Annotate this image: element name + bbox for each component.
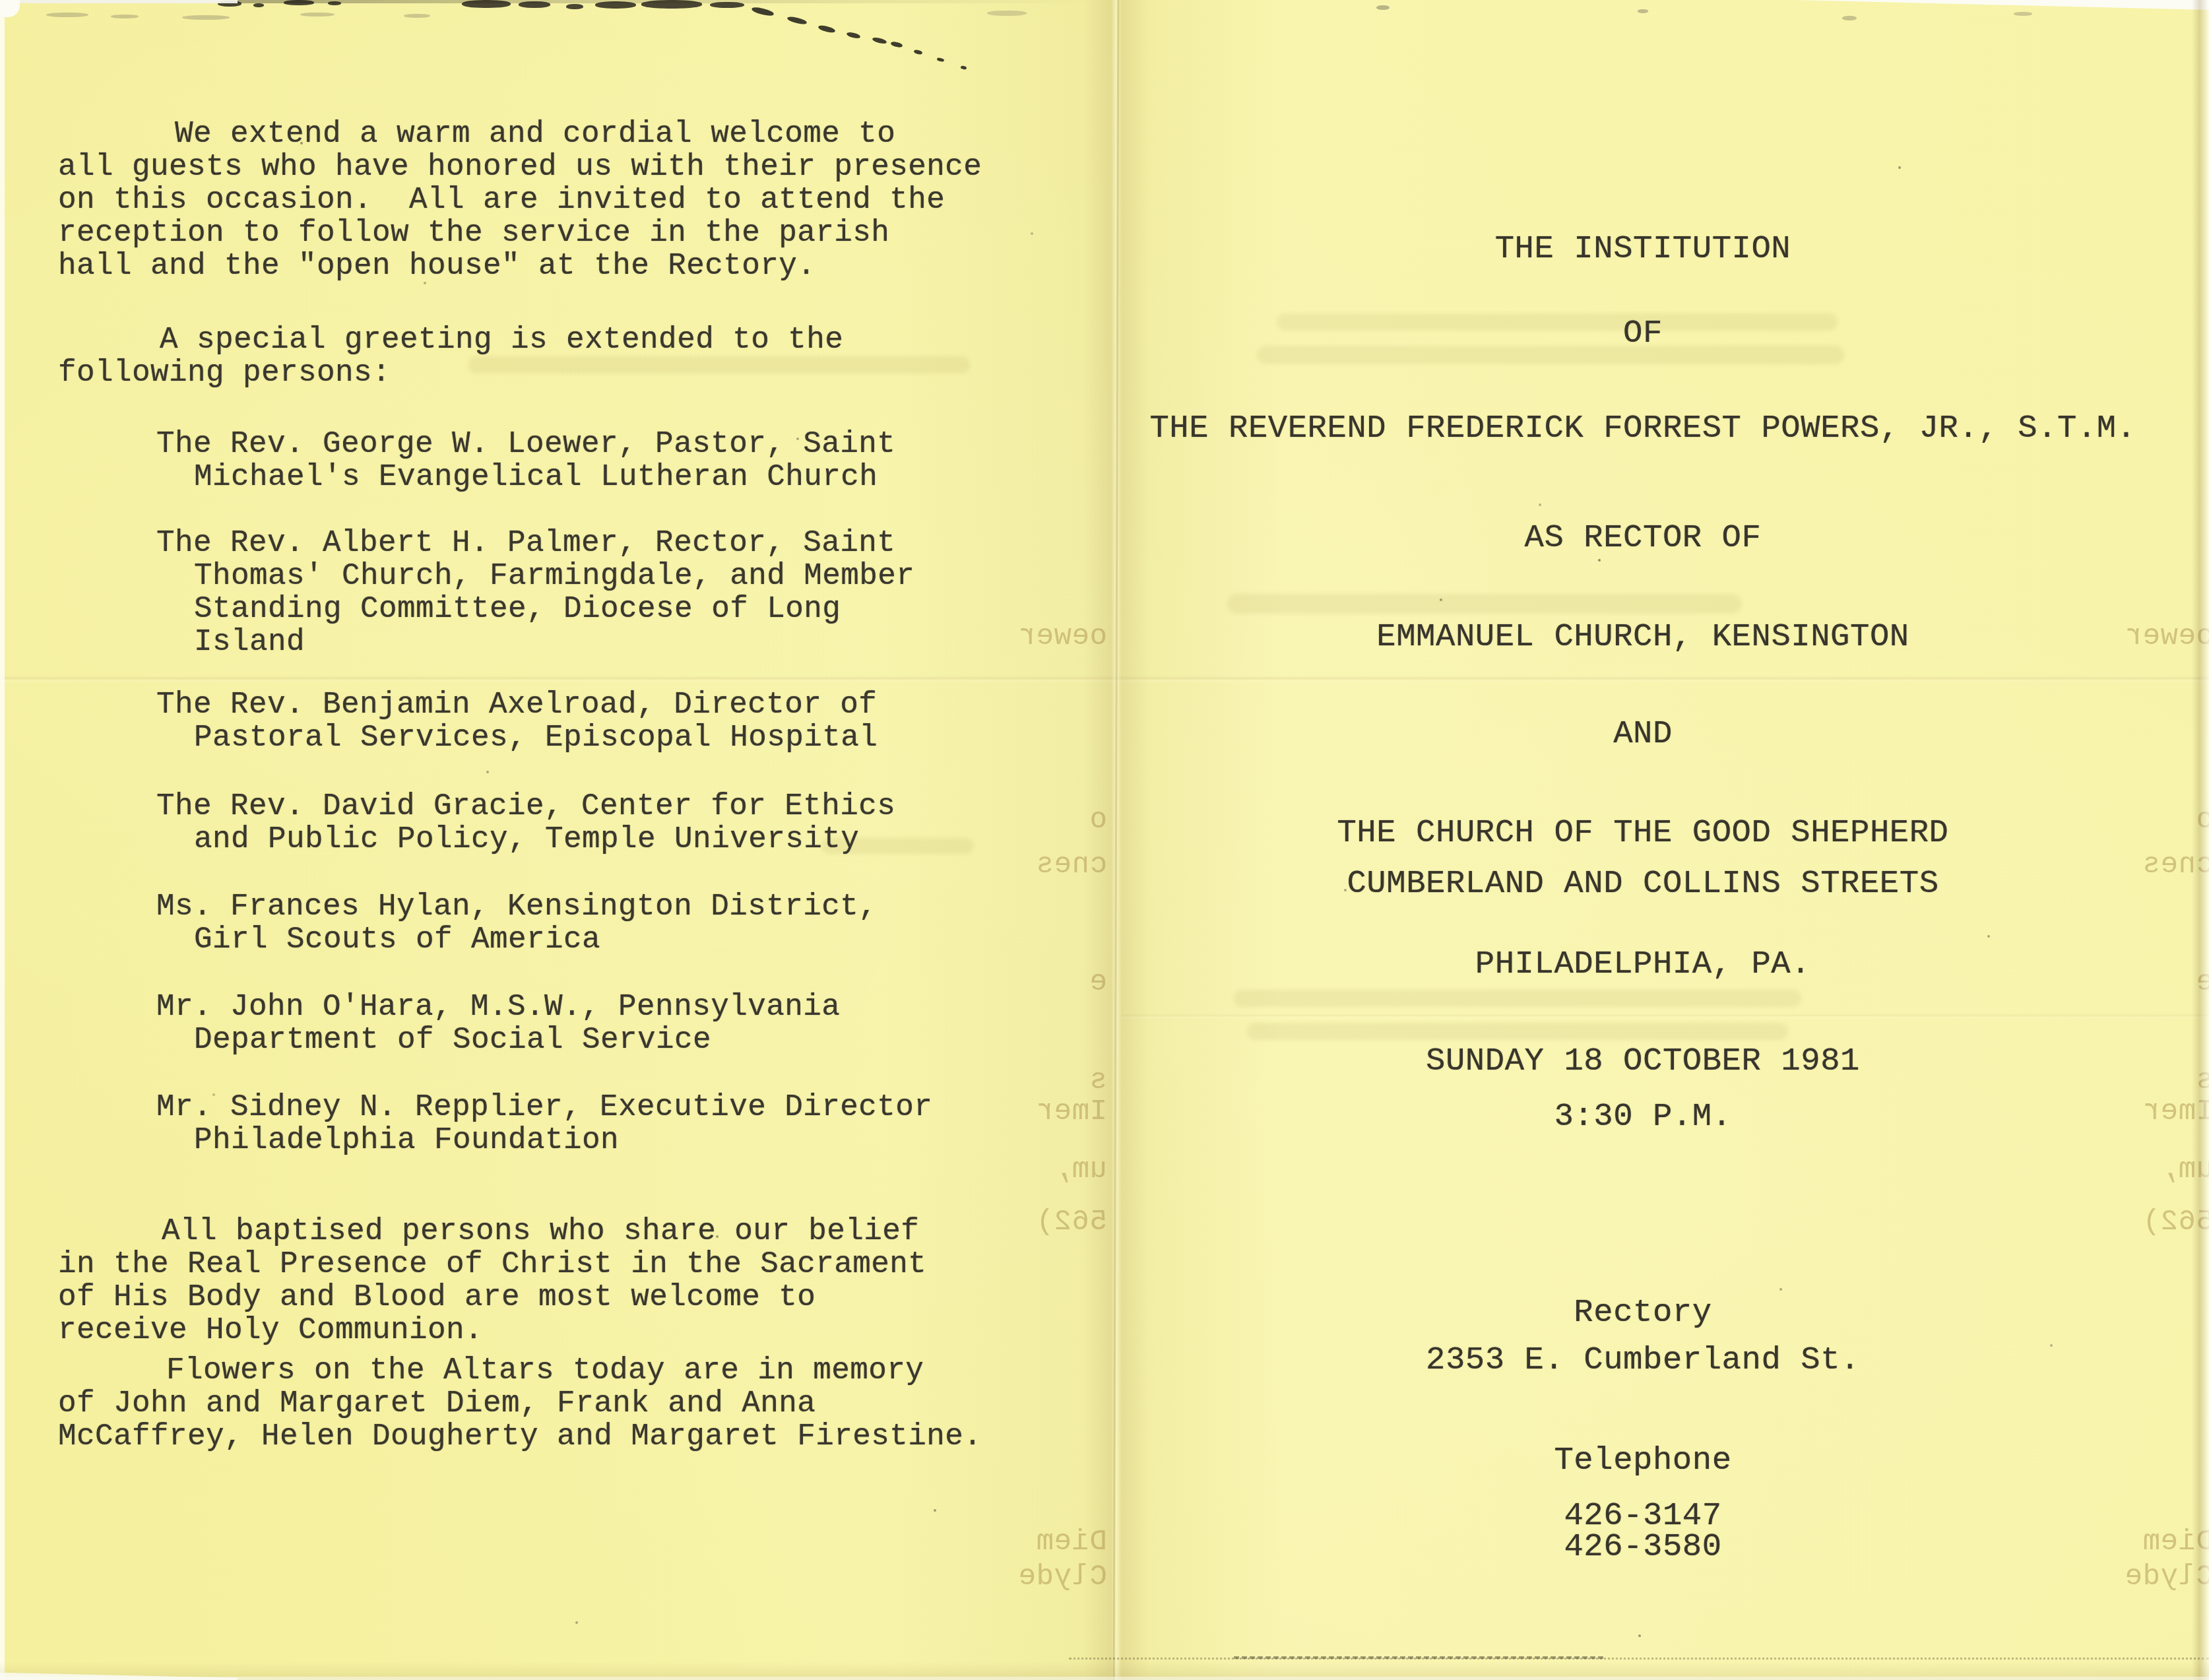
text-line: and Public Policy, Temple University [156,823,895,856]
title-line: OF [1122,316,2164,350]
ink-mark [595,1,636,9]
paper-edge-left [0,0,5,1680]
text-line: A special greeting is extended to the [58,323,843,356]
ink-mark [710,2,744,8]
guest-entry-axelroad: The Rev. Benjamin Axelroad, Director of … [156,688,878,754]
text-line: on this occasion. All are invited to att… [58,183,982,216]
title-line: PHILADELPHIA, PA. [1122,947,2164,981]
title-line: EMMANUEL CHURCH, KENSINGTON [1122,620,2164,654]
paper-edge-bottom [0,1677,2209,1680]
guest-entry-ohara: Mr. John O'Hara, M.S.W., Pennsylvania De… [156,990,840,1056]
ink-mark [328,1,341,5]
text-line: receive Holy Communion. [58,1314,926,1347]
smudge-mark [182,15,230,20]
text-line: Flowers on the Altars today are in memor… [58,1354,982,1387]
title-line: AS RECTOR OF [1122,521,2164,555]
telephone-label: Telephone [1122,1443,2164,1477]
guest-entry-hylan: Ms. Frances Hylan, Kensington District, … [156,890,877,956]
bleed-through-text: Imer [1036,1096,1107,1128]
text-line: Standing Committee, Diocese of Long [156,593,914,626]
title-line: CUMBERLAND AND COLLINS STREETS [1122,866,2164,901]
guest-entry-repplier: Mr. Sidney N. Repplier, Executive Direct… [156,1091,932,1157]
horizontal-crease [1122,1014,2209,1019]
text-line: Thomas' Church, Farmingdale, and Member [156,560,914,593]
text-line: The Rev. George W. Loewer, Pastor, Saint [156,428,895,461]
text-line: Department of Social Service [156,1023,840,1056]
text-line: reception to follow the service in the p… [58,216,982,249]
text-line: in the Real Presence of Christ in the Sa… [58,1248,926,1281]
title-line: THE REVEREND FREDERICK FORREST POWERS, J… [1122,411,2164,445]
text-line: hall and the "open house" at the Rectory… [58,249,982,282]
guest-entry-gracie: The Rev. David Gracie, Center for Ethics… [156,790,895,856]
text-line: The Rev. Benjamin Axelroad, Director of [156,688,878,721]
bleed-through-text: cnes [1036,849,1107,881]
smudge-mark [111,15,139,18]
bleed-through-text: Clyde [1018,1561,1107,1593]
title-line: THE INSTITUTION [1122,232,2164,266]
bleed-through-text: o [1089,804,1107,836]
ink-mark [253,3,264,7]
bleed-smudge [1247,1023,1788,1040]
ink-mark [284,0,314,5]
ink-mark [641,0,702,9]
date-line: SUNDAY 18 OCTOBER 1981 [1122,1044,2164,1078]
text-line: Pastoral Services, Episcopal Hospital [156,721,878,754]
bleed-through-text: um, [1054,1154,1107,1186]
ink-mark [519,1,550,8]
text-line: of John and Margaret Diem, Frank and Ann… [58,1387,982,1420]
time-line: 3:30 P.M. [1122,1099,2164,1134]
text-line: Michael's Evangelical Lutheran Church [156,461,895,494]
smudge-mark [300,13,335,16]
smudge-mark [1376,5,1390,10]
title-line: AND [1122,717,2164,751]
text-line: The Rev. Albert H. Palmer, Rector, Saint [156,527,914,560]
communion-paragraph: All baptised persons who share our belie… [58,1215,926,1347]
greeting-paragraph: A special greeting is extended to the fo… [58,323,843,389]
text-line: all guests who have honored us with thei… [58,150,982,183]
bleed-through-text: Diem [1036,1526,1107,1558]
text-line: All baptised persons who share our belie… [58,1215,926,1248]
text-line: Mr. John O'Hara, M.S.W., Pennsylvania [156,990,840,1023]
bleed-through-text: e [1089,967,1107,998]
rectory-address: 2353 E. Cumberland St. [1122,1343,2164,1377]
text-line: following persons: [58,356,843,389]
bleed-through-column-fold: oewer o cnes e s Imer um, 562) Diem Clyd… [1015,0,1107,1680]
phone-number-2: 426-3580 [1122,1530,2164,1564]
bleed-smudge [1227,594,1742,614]
text-line: of His Body and Blood are most welcome t… [58,1281,926,1314]
text-line: McCaffrey, Helen Dougherty and Margaret … [58,1420,982,1453]
bleed-through-text: s [1089,1065,1107,1097]
bottom-dark-dashes [1234,1656,1603,1659]
paper-edge-right [2192,0,2209,1680]
text-line: The Rev. David Gracie, Center for Ethics [156,790,895,823]
guest-entry-loewer: The Rev. George W. Loewer, Pastor, Saint… [156,428,895,494]
bleed-through-text: oewer [1018,621,1107,653]
bleed-smudge [1234,990,1801,1007]
welcome-paragraph: We extend a warm and cordial welcome to … [58,117,982,282]
smudge-mark [1638,9,1648,13]
bleed-through-text: 562) [1036,1206,1107,1238]
text-line: Girl Scouts of America [156,923,877,956]
smudge-mark [46,13,88,17]
smudge-mark [2014,12,2032,16]
scanned-church-program: We extend a warm and cordial welcome to … [0,0,2209,1680]
ink-mark [462,0,511,8]
text-line: Ms. Frances Hylan, Kensington District, [156,890,877,923]
smudge-mark [1842,16,1857,20]
smudge-mark [404,14,430,18]
smudge-mark [987,11,1027,16]
text-line: Island [156,626,914,659]
paper-edge-top-left [0,0,238,3]
guest-entry-palmer: The Rev. Albert H. Palmer, Rector, Saint… [156,527,914,659]
text-line: Philadelphia Foundation [156,1124,932,1157]
flowers-paragraph: Flowers on the Altars today are in memor… [58,1354,982,1453]
text-line: We extend a warm and cordial welcome to [58,117,982,150]
text-line: Mr. Sidney N. Repplier, Executive Direct… [156,1091,932,1124]
ink-mark [566,4,583,9]
title-line: THE CHURCH OF THE GOOD SHEPHERD [1122,816,2164,850]
rectory-label: Rectory [1122,1295,2164,1330]
